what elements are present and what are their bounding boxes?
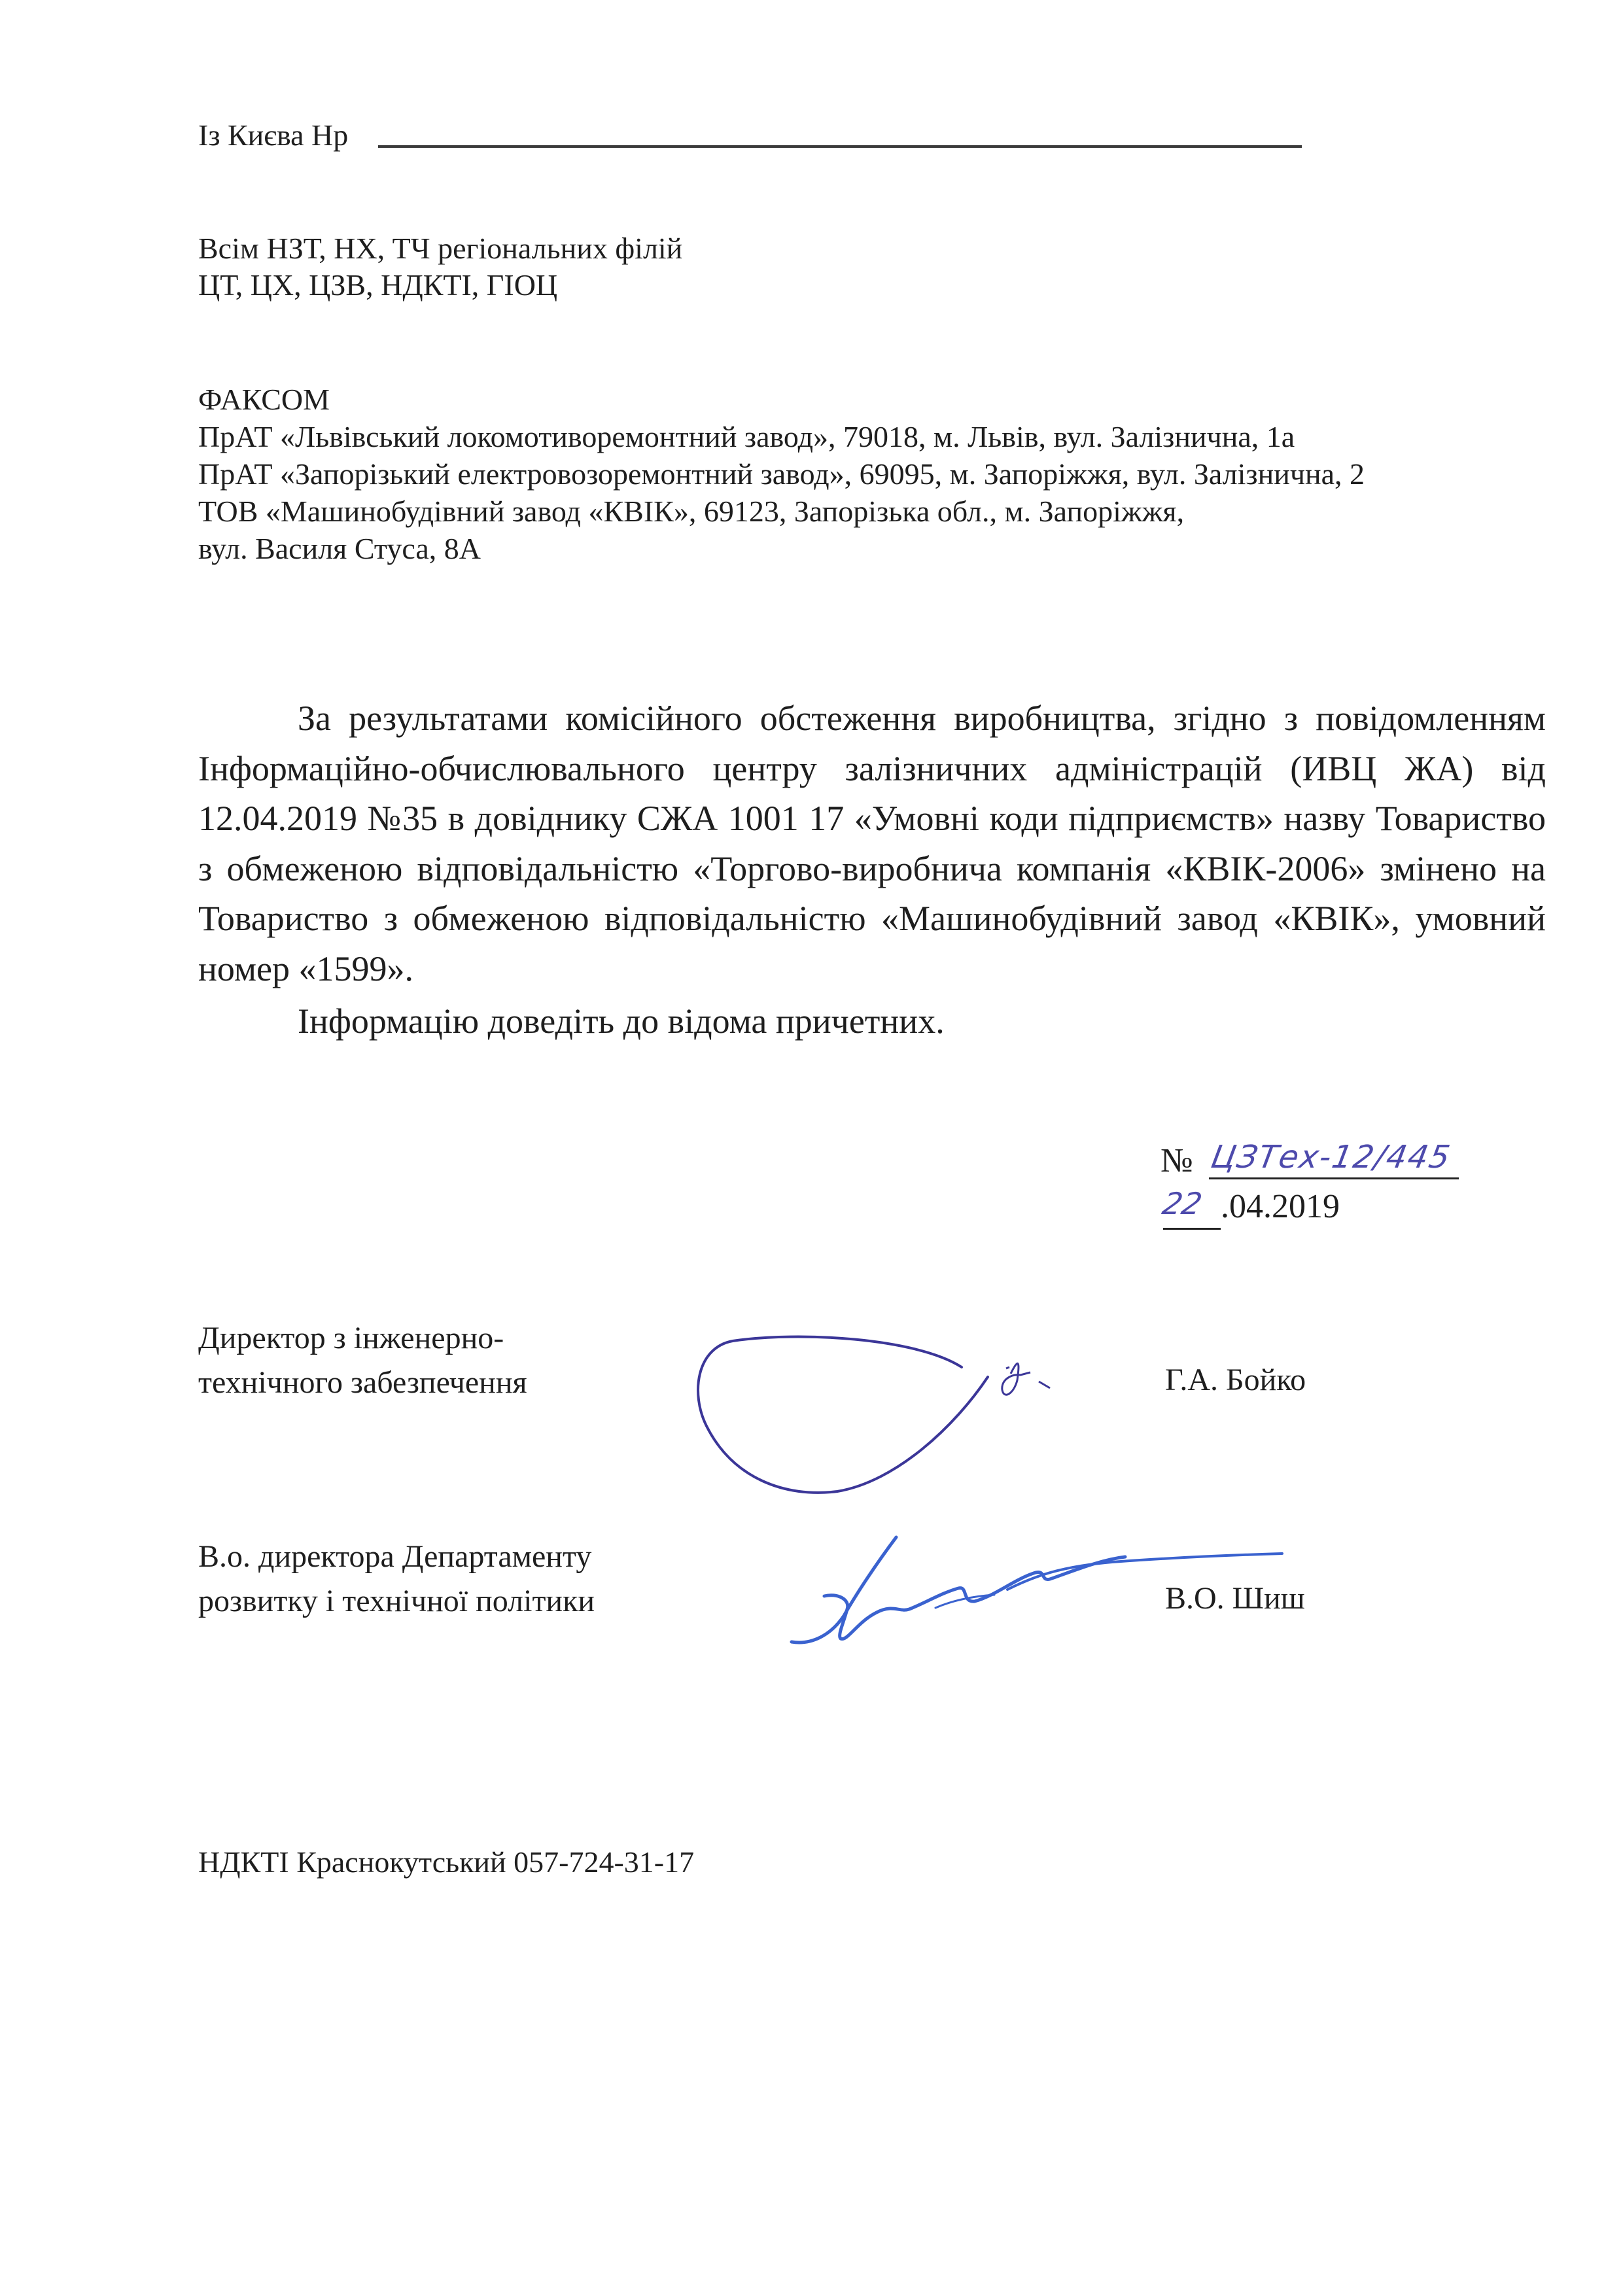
number-sign-label: № <box>1161 1141 1193 1181</box>
recipients-block: Всім НЗТ, НХ, ТЧ регіональних філій ЦТ, … <box>198 230 682 304</box>
signature-1-icon <box>680 1321 1099 1505</box>
body-paragraph-main: За результатами комісійного обстеження в… <box>198 693 1546 994</box>
signatory-1-title: Директор з інженерно- технічного забезпе… <box>198 1316 527 1405</box>
signatory-1-name: Г.А. Бойко <box>1165 1365 1306 1396</box>
fax-addressee-line: ТОВ «Машинобудівний завод «КВІК», 69123,… <box>198 493 1365 530</box>
handwritten-registration-number: ЦЗТех-12/445 <box>1208 1139 1454 1175</box>
date-month-year: .04.2019 <box>1221 1187 1340 1226</box>
fax-addressee-line: ПрАТ «Львівський локомотиворемонтний зав… <box>198 418 1365 455</box>
signatory-title-line: В.о. директора Департаменту <box>198 1535 595 1579</box>
outgoing-number-line <box>378 145 1302 148</box>
fax-label: ФАКСОМ <box>198 381 1365 418</box>
signatory-2-title: В.о. директора Департаменту розвитку і т… <box>198 1535 595 1624</box>
date-day-underline <box>1163 1228 1221 1230</box>
signatory-title-line: технічного забезпечення <box>198 1361 527 1405</box>
signatory-title-line: Директор з інженерно- <box>198 1316 527 1361</box>
registration-number-underline <box>1209 1177 1459 1179</box>
recipients-line: ЦТ, ЦХ, ЦЗВ, НДКТІ, ГІОЦ <box>198 267 682 304</box>
fax-addressee-line: ПрАТ «Запорізький електровозоремонтний з… <box>198 455 1365 493</box>
body-paragraph-instruction: Інформацію доведіть до відома причетних. <box>298 996 945 1047</box>
from-label: Із Києва Нр <box>198 120 348 150</box>
fax-block: ФАКСОМ ПрАТ «Львівський локомотиворемонт… <box>198 381 1365 567</box>
signatory-2-name: В.О. Шиш <box>1165 1583 1305 1614</box>
contact-line: НДКТІ Краснокутський 057-724-31-17 <box>198 1846 694 1879</box>
handwritten-date-day: 22 <box>1159 1186 1205 1221</box>
fax-addressee-line: вул. Василя Стуса, 8А <box>198 530 1365 567</box>
recipients-line: Всім НЗТ, НХ, ТЧ регіональних філій <box>198 230 682 267</box>
signatory-title-line: розвитку і технічної політики <box>198 1579 595 1624</box>
